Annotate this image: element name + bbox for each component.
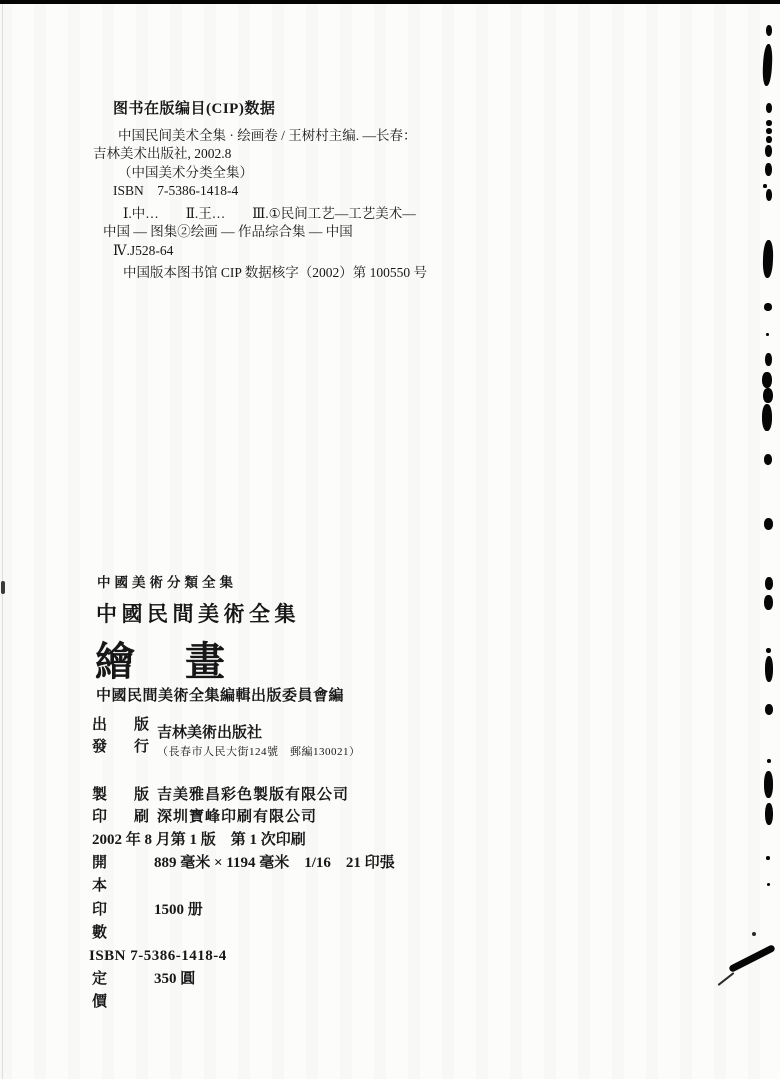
format-label: 開 本 xyxy=(89,852,154,898)
scan-left-tick xyxy=(1,581,5,594)
publisher-row: 出 版 發 行 吉林美術出版社 （長春市人民大街124號 郵編130021） xyxy=(92,714,361,760)
ink-blob xyxy=(765,163,772,176)
print-label: 印 刷 xyxy=(92,806,157,828)
publish-label: 出 版 xyxy=(92,714,157,736)
cip-class-line: 中国 — 图集②绘画 — 作品综合集 — 中国 xyxy=(90,223,510,242)
ink-blob xyxy=(765,656,773,682)
ink-blob xyxy=(765,803,773,825)
ink-blob xyxy=(763,184,767,188)
ink-blob xyxy=(764,595,773,610)
editor-credit: 中國民間美術全集編輯出版委員會編 xyxy=(96,684,344,705)
cip-title-line: 中国民间美术全集 · 绘画卷 / 王树村主编. —长春： xyxy=(90,127,510,146)
edition-date-line: 2002 年 8 月第 1 版 第 1 次印刷 xyxy=(89,829,395,852)
edition-block: 2002 年 8 月第 1 版 第 1 次印刷 開 本 889 毫米 × 119… xyxy=(89,829,395,1015)
series-title: 中國美術分類全集 xyxy=(97,571,237,591)
ink-blob xyxy=(766,136,772,143)
copies-value: 1500 册 xyxy=(154,899,203,945)
ink-blob xyxy=(766,189,772,201)
ink-blob xyxy=(765,577,773,590)
publisher-name: 吉林美術出版社 xyxy=(157,723,361,743)
ink-blob xyxy=(766,333,769,336)
cip-class-line: Ⅰ.中… Ⅱ.王… Ⅲ.①民间工艺—工艺美术— xyxy=(90,205,510,224)
format-row: 開 本 889 毫米 × 1194 毫米 1/16 21 印張 xyxy=(89,852,395,898)
ink-blob xyxy=(767,883,770,886)
ink-blob xyxy=(766,128,772,134)
ink-blob xyxy=(762,240,773,278)
ink-stroke-tail xyxy=(718,972,735,986)
scanned-colophon-page: 图书在版编目(CIP)数据 中国民间美术全集 · 绘画卷 / 王树村主编. —长… xyxy=(0,0,780,1079)
scan-edge-bar xyxy=(0,0,780,4)
cip-registry-line: 中国版本图书馆 CIP 数据核字（2002）第 100550 号 xyxy=(90,264,510,283)
isbn-line: ISBN 7-5386-1418-4 xyxy=(89,945,395,968)
copies-row: 印 數 1500 册 xyxy=(89,899,395,945)
ink-blob xyxy=(765,353,772,366)
plate-row: 製 版 吉美雅昌彩色製版有限公司 xyxy=(92,784,361,806)
cip-series-line: （中国美术分类全集） xyxy=(90,164,510,183)
printer-company: 深圳寶峰印刷有限公司 xyxy=(157,806,317,828)
collection-title: 中國民間美術全集 xyxy=(96,598,300,628)
ink-blob xyxy=(767,759,771,763)
ink-blob xyxy=(764,771,773,798)
ink-blob xyxy=(763,388,773,403)
price-label: 定 價 xyxy=(89,968,154,1014)
ink-blob xyxy=(766,25,772,36)
scan-left-line xyxy=(2,0,3,1079)
issue-label: 發 行 xyxy=(92,736,157,758)
ink-blob xyxy=(765,704,773,715)
plate-company: 吉美雅昌彩色製版有限公司 xyxy=(157,784,349,806)
copies-label: 印 數 xyxy=(89,899,154,945)
ink-blob xyxy=(762,372,772,388)
ink-blob xyxy=(764,454,772,465)
ink-blob xyxy=(766,648,771,653)
ink-blob xyxy=(766,120,772,126)
ink-stroke xyxy=(728,944,776,973)
ink-blob xyxy=(764,518,773,530)
price-value: 350 圓 xyxy=(154,968,195,1014)
price-row: 定 價 350 圓 xyxy=(89,968,395,1014)
ink-stroke-dot xyxy=(752,932,756,936)
ink-blob xyxy=(765,145,772,157)
volume-title: 繪畫 xyxy=(95,630,275,687)
ink-blob xyxy=(764,303,772,311)
plate-label: 製 版 xyxy=(92,784,157,806)
ink-blob xyxy=(762,44,773,86)
ink-blob xyxy=(766,103,772,113)
publishing-block: 出 版 發 行 吉林美術出版社 （長春市人民大街124號 郵編130021） 製… xyxy=(92,714,361,828)
ink-blob xyxy=(762,404,772,431)
cip-heading: 图书在版编目(CIP)数据 xyxy=(90,100,510,119)
cip-class-line: Ⅳ.J528-64 xyxy=(90,242,510,261)
cip-block: 图书在版编目(CIP)数据 中国民间美术全集 · 绘画卷 / 王树村主编. —长… xyxy=(90,100,510,283)
cip-isbn-line: ISBN 7-5386-1418-4 xyxy=(90,182,510,201)
ink-blob xyxy=(766,856,770,860)
format-value: 889 毫米 × 1194 毫米 1/16 21 印張 xyxy=(154,852,395,898)
publisher-address: （長春市人民大街124號 郵編130021） xyxy=(157,745,361,760)
cip-publisher-line: 吉林美术出版社, 2002.8 xyxy=(90,145,510,164)
printer-row: 印 刷 深圳寶峰印刷有限公司 xyxy=(92,806,361,828)
